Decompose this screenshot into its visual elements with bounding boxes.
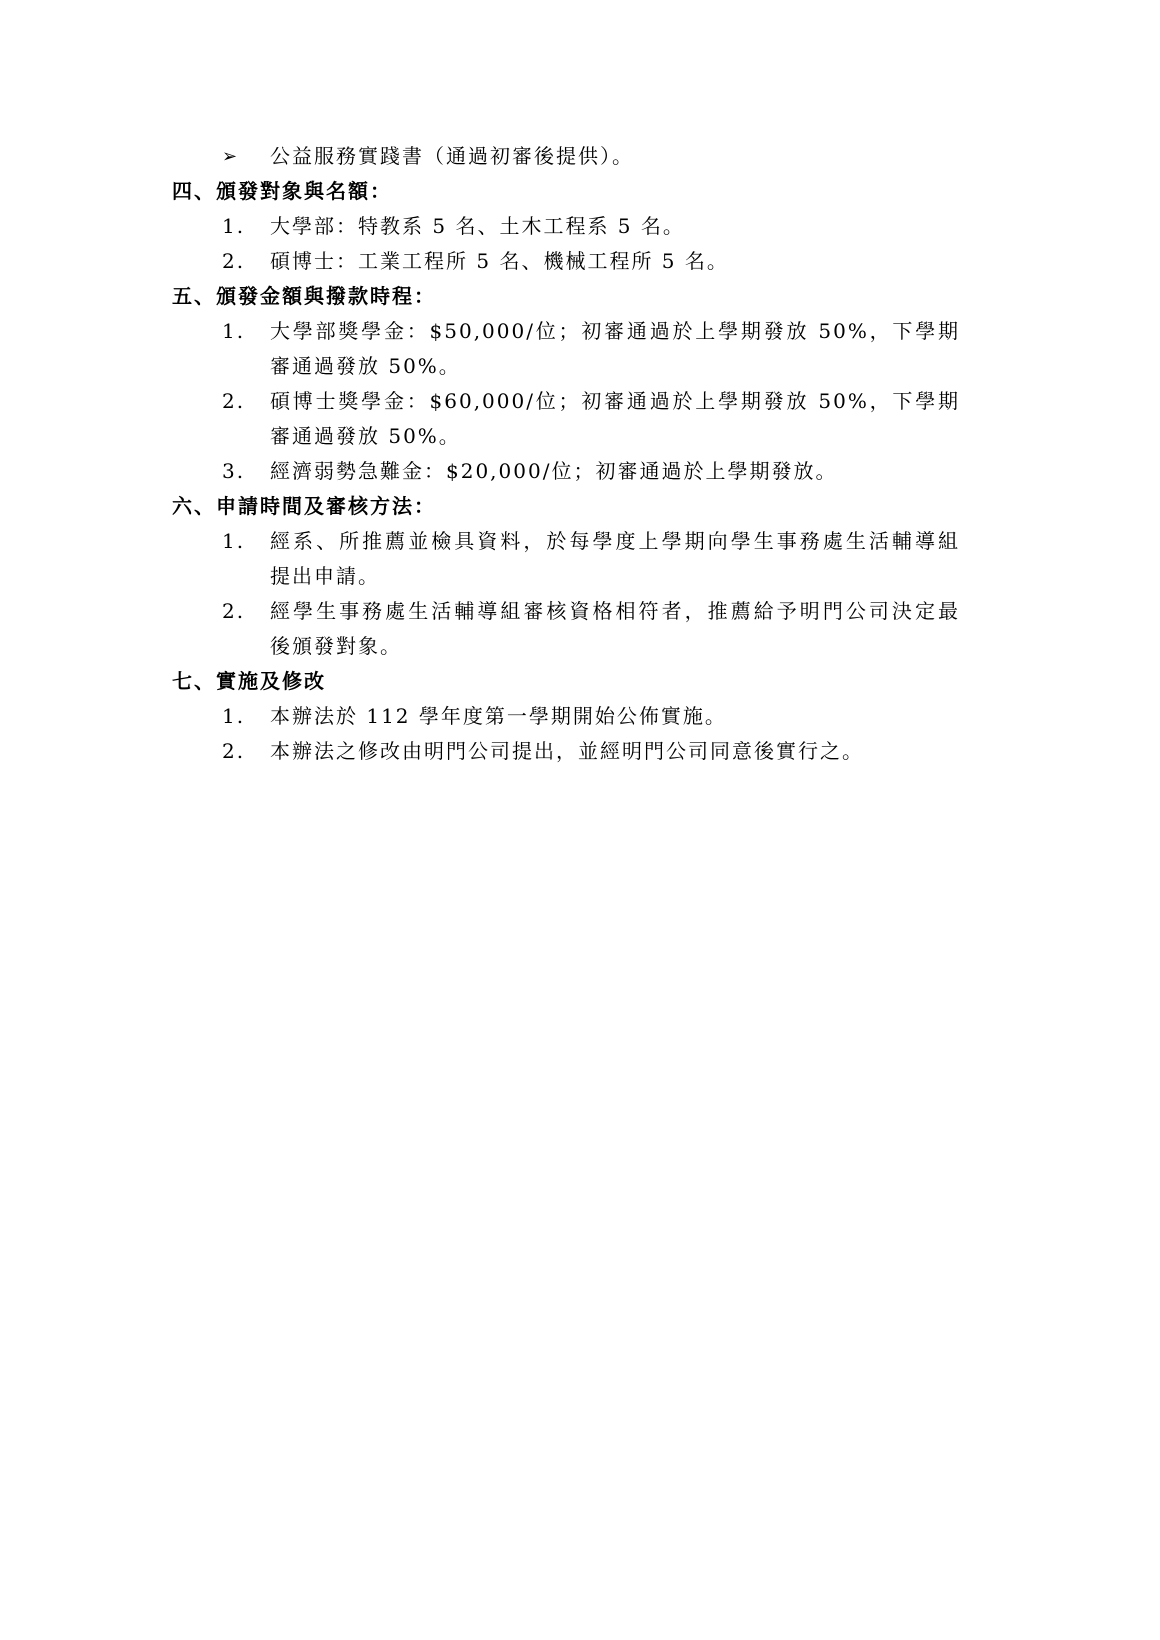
list-number: 2. — [222, 594, 245, 629]
arrow-bullet-icon: ➢ — [222, 139, 239, 174]
list-item-6-2-line1: 2. 經學生事務處生活輔導組審核資格相符者，推薦給予明門公司決定最 — [172, 594, 960, 629]
list-item-5-2-line1: 2. 碩博士獎學金：$60,000/位；初審通過於上學期發放 50%，下學期複 — [172, 384, 960, 419]
list-item-6-1-line2: 提出申請。 — [172, 559, 960, 594]
document-page: ➢ 公益服務實踐書（通過初審後提供）。 四、頒發對象與名額： 1. 大學部：特教… — [0, 0, 1160, 1640]
heading-section-7: 七、實施及修改 — [172, 664, 960, 699]
list-item-text: 經濟弱勢急難金：$20,000/位；初審通過於上學期發放。 — [270, 454, 837, 489]
heading-text: 六、申請時間及審核方法： — [172, 489, 436, 524]
list-item-5-2-line2: 審通過發放 50%。 — [172, 419, 960, 454]
list-number: 2. — [222, 244, 245, 279]
list-item-continuation-text: 審通過發放 50%。 — [270, 419, 461, 454]
list-item-5-1-line1: 1. 大學部獎學金：$50,000/位；初審通過於上學期發放 50%，下學期複 — [172, 314, 960, 349]
list-item-4-1: 1. 大學部：特教系 5 名、土木工程系 5 名。 — [172, 209, 960, 244]
heading-text: 五、頒發金額與撥款時程： — [172, 279, 436, 314]
list-number: 1. — [222, 314, 245, 349]
list-item-continuation-text: 後頒發對象。 — [270, 629, 402, 664]
list-item-6-2-line2: 後頒發對象。 — [172, 629, 960, 664]
list-item-4-2: 2. 碩博士：工業工程所 5 名、機械工程所 5 名。 — [172, 244, 960, 279]
list-number: 2. — [222, 384, 245, 419]
heading-section-5: 五、頒發金額與撥款時程： — [172, 279, 960, 314]
list-number: 1. — [222, 209, 245, 244]
list-item-text: 大學部獎學金：$50,000/位；初審通過於上學期發放 50%，下學期複 — [270, 314, 960, 349]
list-item-text: 本辦法之修改由明門公司提出，並經明門公司同意後實行之。 — [270, 734, 864, 769]
list-item-7-1: 1. 本辦法於 112 學年度第一學期開始公佈實施。 — [172, 699, 960, 734]
list-item-text: 碩博士：工業工程所 5 名、機械工程所 5 名。 — [270, 244, 729, 279]
list-item-text: 碩博士獎學金：$60,000/位；初審通過於上學期發放 50%，下學期複 — [270, 384, 960, 419]
list-item-5-1-line2: 審通過發放 50%。 — [172, 349, 960, 384]
heading-text: 四、頒發對象與名額： — [172, 174, 392, 209]
list-item-text: 經學生事務處生活輔導組審核資格相符者，推薦給予明門公司決定最 — [270, 594, 960, 629]
bullet-item-text: 公益服務實踐書（通過初審後提供）。 — [270, 139, 634, 174]
list-item-continuation-text: 審通過發放 50%。 — [270, 349, 461, 384]
list-item-6-1-line1: 1. 經系、所推薦並檢具資料，於每學度上學期向學生事務處生活輔導組 — [172, 524, 960, 559]
heading-section-4: 四、頒發對象與名額： — [172, 174, 960, 209]
list-item-text: 大學部：特教系 5 名、土木工程系 5 名。 — [270, 209, 685, 244]
list-number: 1. — [222, 699, 245, 734]
list-number: 3. — [222, 454, 245, 489]
document-content: ➢ 公益服務實踐書（通過初審後提供）。 四、頒發對象與名額： 1. 大學部：特教… — [172, 139, 960, 769]
list-number: 1. — [222, 524, 245, 559]
list-item-5-3: 3. 經濟弱勢急難金：$20,000/位；初審通過於上學期發放。 — [172, 454, 960, 489]
list-item-continuation-text: 提出申請。 — [270, 559, 380, 594]
bullet-item-public-service: ➢ 公益服務實踐書（通過初審後提供）。 — [172, 139, 960, 174]
list-number: 2. — [222, 734, 245, 769]
list-item-text: 經系、所推薦並檢具資料，於每學度上學期向學生事務處生活輔導組 — [270, 524, 960, 559]
heading-text: 七、實施及修改 — [172, 664, 326, 699]
heading-section-6: 六、申請時間及審核方法： — [172, 489, 960, 524]
list-item-7-2: 2. 本辦法之修改由明門公司提出，並經明門公司同意後實行之。 — [172, 734, 960, 769]
list-item-text: 本辦法於 112 學年度第一學期開始公佈實施。 — [270, 699, 727, 734]
